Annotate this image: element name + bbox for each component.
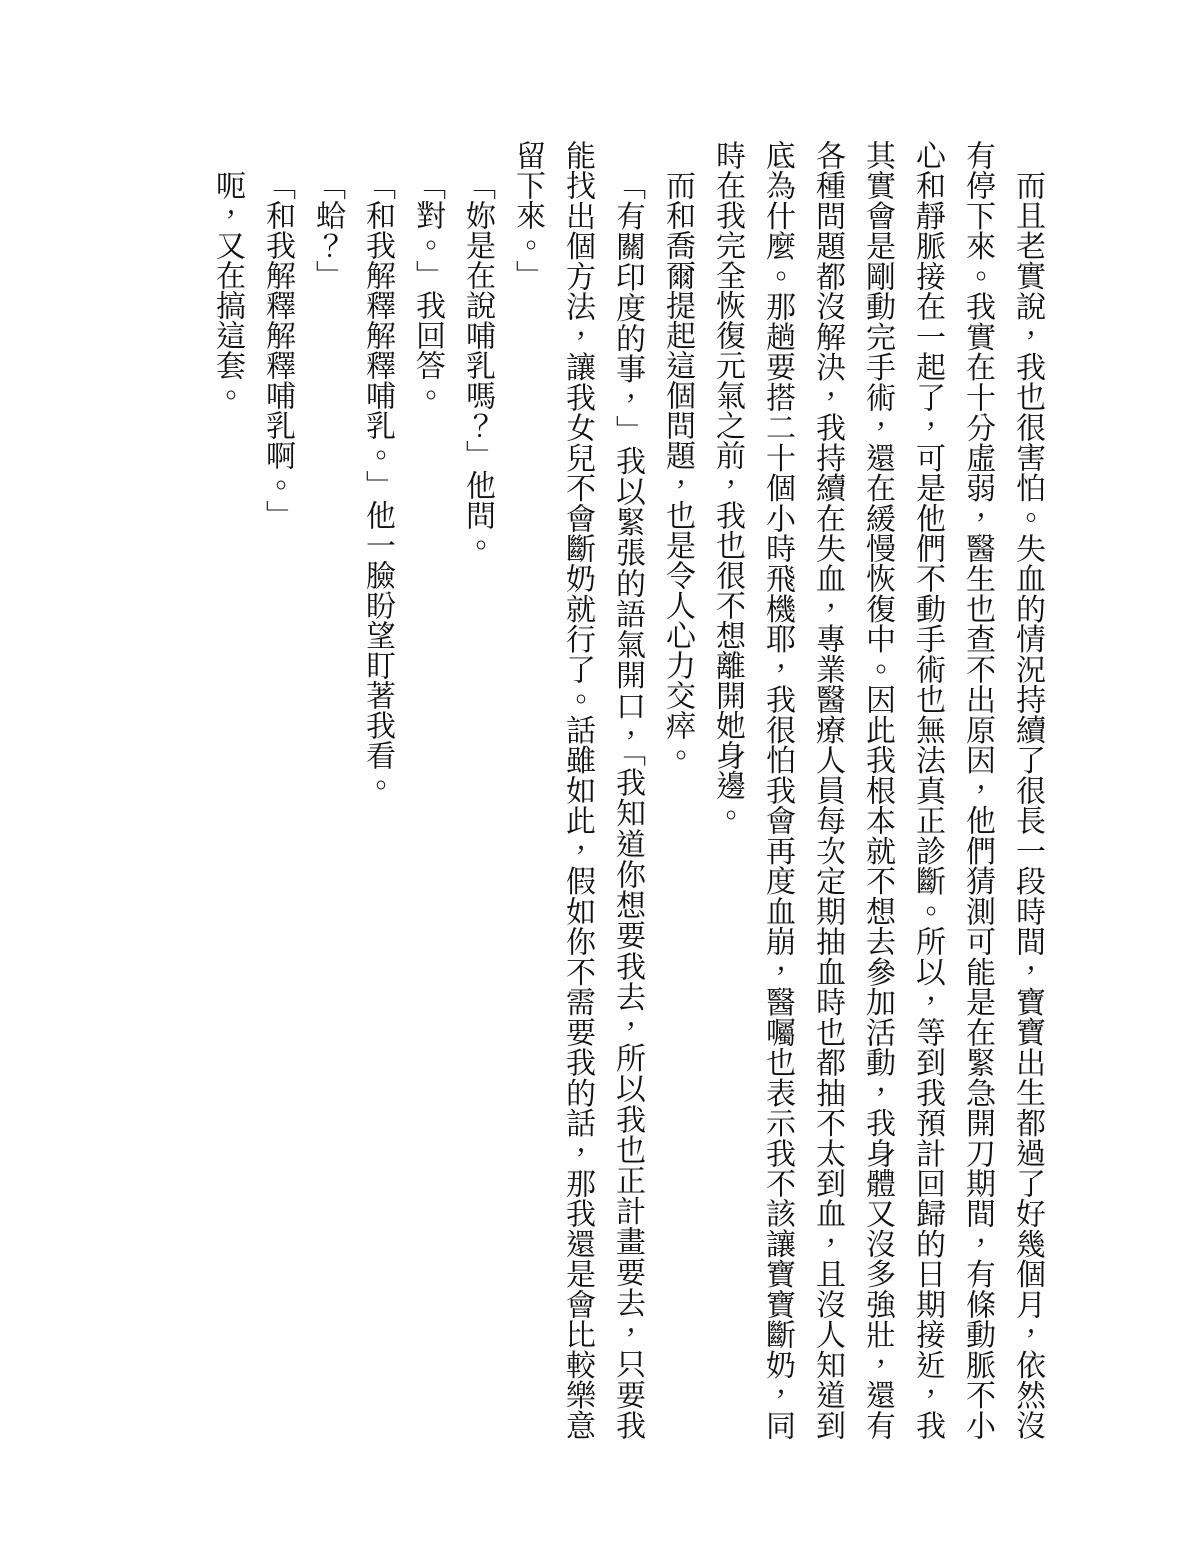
paragraph-7: 「蛤？」 bbox=[302, 140, 352, 1440]
paragraph-2: 而和喬爾提起這個問題，也是令人心力交瘁。 bbox=[652, 140, 702, 1440]
paragraph-5: 「對。」我回答。 bbox=[402, 140, 452, 1440]
paragraph-1: 而且老實說，我也很害怕。失血的情況持續了很長一段時間，寶寶出生都過了好幾個月，依… bbox=[702, 140, 1052, 1440]
paragraph-4: 「妳是在說哺乳嗎？」他問。 bbox=[452, 140, 502, 1440]
paragraph-8: 「和我解釋解釋哺乳啊。」 bbox=[252, 140, 302, 1440]
paragraph-3: 「有關印度的事，」我以緊張的語氣開口，「我知道你想要我去，所以我也正計畫要去，只… bbox=[502, 140, 652, 1440]
book-page: 而且老實說，我也很害怕。失血的情況持續了很長一段時間，寶寶出生都過了好幾個月，依… bbox=[0, 0, 1200, 1553]
paragraph-9: 呃，又在搞這套。 bbox=[202, 140, 252, 1440]
vertical-text-block: 而且老實說，我也很害怕。失血的情況持續了很長一段時間，寶寶出生都過了好幾個月，依… bbox=[202, 140, 1052, 1440]
paragraph-6: 「和我解釋解釋哺乳。」他一臉盼望盯著我看。 bbox=[352, 140, 402, 1440]
